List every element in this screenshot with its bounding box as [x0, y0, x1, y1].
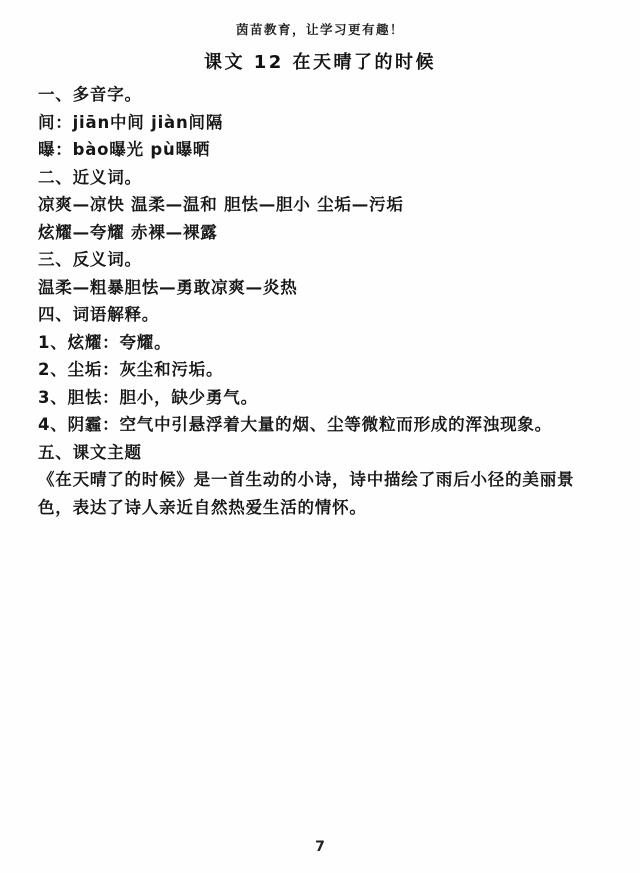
text-line-definition-1: 1、炫耀：夸耀。	[38, 329, 606, 357]
section-heading-theme: 五、课文主题	[38, 439, 606, 467]
document-body: 一、多音字。 间：jiān中间 jiàn间隔 曝：bào曝光 pù曝晒 二、近义…	[38, 81, 606, 521]
page-number: 7	[0, 839, 640, 855]
text-line-definition-4: 4、阴霾：空气中引悬浮着大量的烟、尘等微粒而形成的浑浊现象。	[38, 411, 606, 439]
text-line-antonyms: 温柔—粗暴胆怯—勇敢凉爽—炎热	[38, 274, 606, 302]
text-line-theme-2: 色，表达了诗人亲近自然热爱生活的情怀。	[38, 494, 606, 522]
document-title: 课文 12 在天晴了的时候	[0, 48, 640, 74]
brand-header-text: 茵苗教育，让学习更有趣！	[0, 20, 640, 38]
section-heading-antonyms: 三、反义词。	[38, 246, 606, 274]
text-line-synonyms-2: 炫耀—夸耀 赤裸—裸露	[38, 219, 606, 247]
text-line-synonyms-1: 凉爽—凉快 温柔—温和 胆怯—胆小 尘垢—污垢	[38, 191, 606, 219]
text-line-theme-1: 《在天晴了的时候》是一首生动的小诗，诗中描绘了雨后小径的美丽景	[38, 466, 606, 494]
text-line-polyphone-pu: 曝：bào曝光 pù曝晒	[38, 136, 606, 164]
text-line-definition-3: 3、胆怯：胆小，缺少勇气。	[38, 384, 606, 412]
section-heading-synonyms: 二、近义词。	[38, 164, 606, 192]
text-line-definition-2: 2、尘垢：灰尘和污垢。	[38, 356, 606, 384]
text-line-polyphone-jian: 间：jiān中间 jiàn间隔	[38, 109, 606, 137]
section-heading-polyphones: 一、多音字。	[38, 81, 606, 109]
document-page: 茵苗教育，让学习更有趣！ 课文 12 在天晴了的时候 一、多音字。 间：jiān…	[0, 0, 640, 873]
section-heading-definitions: 四、词语解释。	[38, 301, 606, 329]
